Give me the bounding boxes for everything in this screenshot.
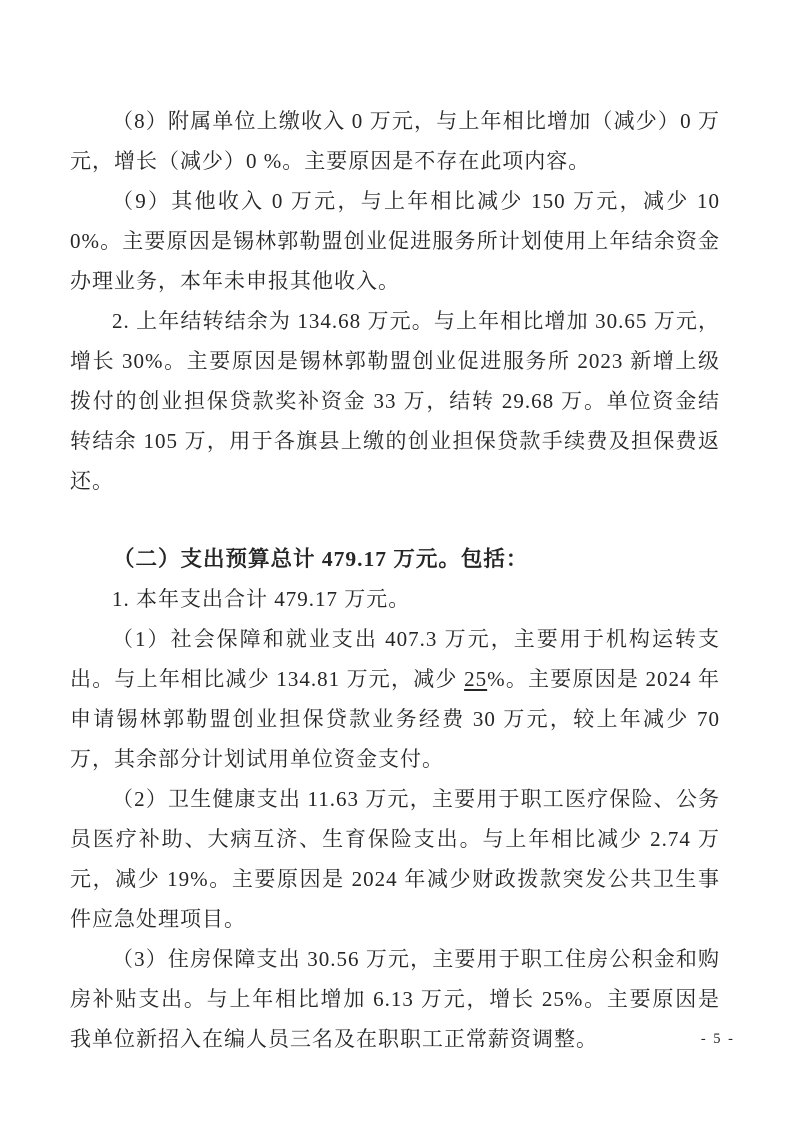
- paragraph-affiliated-unit-income: （8）附属单位上缴收入 0 万元，与上年相比增加（减少）0 万元，增长（减少）0…: [70, 101, 720, 181]
- document-page: { "document": { "paragraphs": [ { "text"…: [0, 0, 793, 1122]
- paragraph-carryover-balance: 2. 上年结转结余为 134.68 万元。与上年相比增加 30.65 万元，增长…: [70, 301, 720, 501]
- section-heading-expense-budget: （二）支出预算总计 479.17 万元。包括：: [70, 539, 720, 579]
- paragraph-expense-total: 1. 本年支出合计 479.17 万元。: [70, 579, 720, 619]
- underlined-percentage-value: 25: [464, 667, 487, 691]
- paragraph-expense-housing: （3）住房保障支出 30.56 万元，主要用于职工住房公积金和购房补贴支出。与上…: [70, 939, 720, 1059]
- paragraph-other-income: （9）其他收入 0 万元，与上年相比减少 150 万元，减少 100%。主要原因…: [70, 181, 720, 301]
- paragraph-expense-health: （2）卫生健康支出 11.63 万元，主要用于职工医疗保险、公务员医疗补助、大病…: [70, 779, 720, 939]
- page-number: - 5 -: [701, 1031, 735, 1048]
- document-content: （8）附属单位上缴收入 0 万元，与上年相比增加（减少）0 万元，增长（减少）0…: [70, 101, 720, 1059]
- paragraph-expense-social-security: （1）社会保障和就业支出 407.3 万元，主要用于机构运转支出。与上年相比减少…: [70, 619, 720, 779]
